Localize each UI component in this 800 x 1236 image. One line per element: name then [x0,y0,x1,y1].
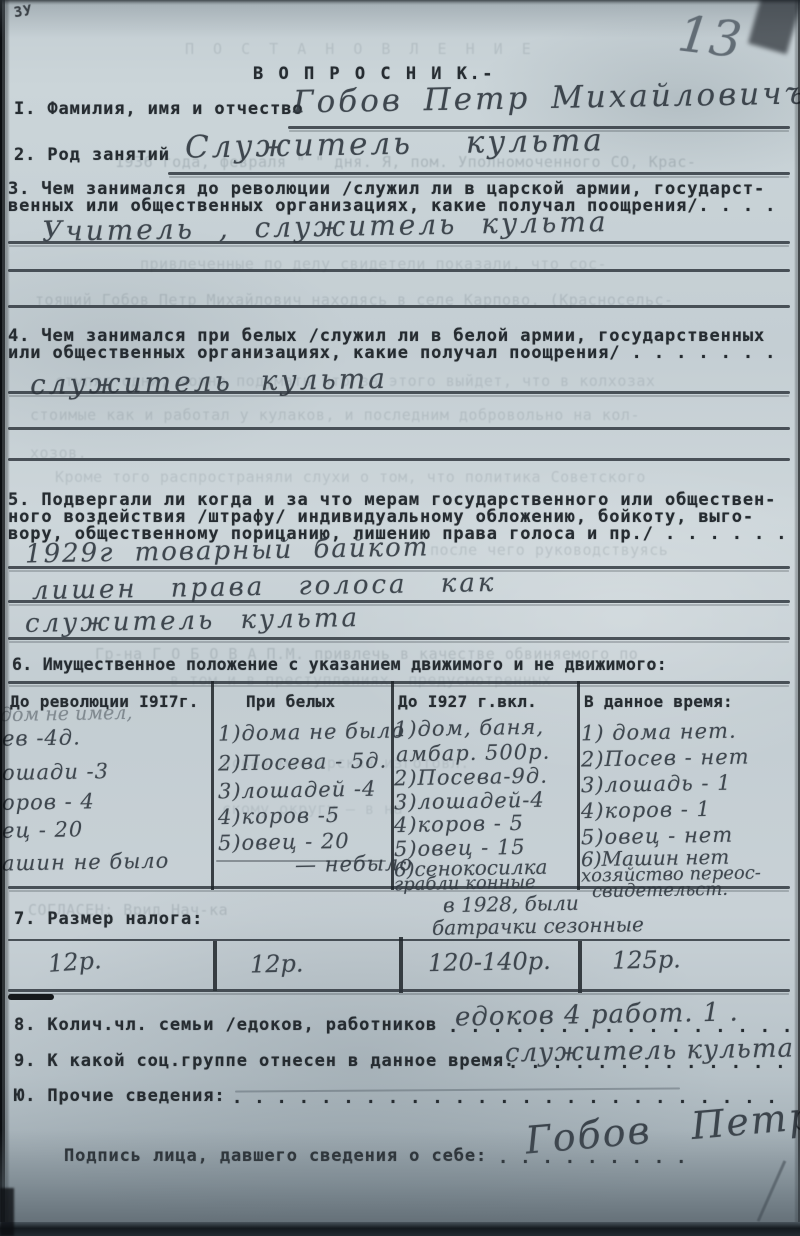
table-cell: 4)коров - 5 [394,811,524,837]
tax-row-tick [213,941,217,991]
question-8-label: 8. Колич.чл. семьи /едоков, работников [14,1017,437,1034]
ruled-line [8,269,790,272]
tax-value-currently: 125р. [612,945,681,974]
table-cell: 4)коров -5 [218,803,341,829]
strikethrough-line [216,860,386,862]
table-cell: оров - 4 [2,789,95,815]
pen-stroke [757,1160,786,1221]
table-cell-overflow: батрачки сезонные [432,912,644,940]
scan-corner-bottom-left [0,1188,14,1236]
table-column-line [211,681,214,890]
tax-value-before-1917: 12р. [47,946,102,978]
table-cell: 3)лошадей -4 [218,777,377,804]
table-cell: ошади -3 [2,759,109,785]
ruled-line [8,637,790,640]
question-1-answer: Гобов Петр Михайловичъ [293,76,800,121]
scan-edge-right [794,0,800,1236]
table-header-under-whites: При белых [246,693,335,710]
ghost-line: стоимые как и работал у кулаков, и после… [30,406,640,424]
table-header-currently: В данное время: [584,693,733,710]
question-1-label: I. Фамилия, имя и отчество [14,101,304,118]
table-cell: дом не имел, [0,702,133,726]
scan-edge-top [0,0,800,5]
scan-corner-top-right [748,0,800,54]
tax-row-tick [578,941,582,993]
question-5-answer-line3: служитель культа [25,603,360,639]
question-7-label: 7. Размер налога: [14,911,203,928]
table-cell: ев -4д. [2,725,81,750]
ghost-line: П О С Т А Н О В Л Е Н И Е [185,40,536,58]
scanned-questionnaire-page: П О С Т А Н О В Л Е Н И Е 1936 года, фев… [0,0,800,1236]
pencil-page-number: 13 [675,4,745,69]
question-8-answer: едоков 4 работ. 1 . [455,998,739,1033]
question-6-label: 6. Имущественное положение с указанием д… [12,656,667,673]
table-cell: свидетельст. [592,879,728,902]
question-4-line2: или общественных организациях, какие пол… [8,345,776,362]
table-cell: ашин не было [2,849,170,876]
question-10-label: Ю. Прочие сведения: [14,1088,226,1105]
ink-dash [8,994,54,1000]
ruled-line [8,391,790,394]
table-cell: 1) дома нет. [581,719,737,746]
signature-label: Подпись лица, давшего сведения о себе: [64,1148,487,1165]
scan-edge-bottom-band [0,1222,800,1236]
ruled-line [8,458,790,461]
question-4-answer: служитель культа [30,362,389,401]
question-9-label: 9. К какой соц.группе отнесен в данное в… [14,1053,515,1070]
ghost-line: Кроме того распространяли слухи о том, ч… [55,468,646,486]
table-cell: 2)Посева-9д. [394,764,548,791]
table-column-line [577,681,580,890]
question-2-answer: Служитель культа [185,122,605,165]
tax-value-until-1927: 120-140р. [428,947,551,977]
table-cell: 1)дом, баня, [394,715,544,742]
table-cell: амбар. 500р. [396,740,551,767]
table-header-until-1927: До I927 г.вкл. [398,693,537,710]
answer-underline [168,172,790,175]
corner-scribble-mark: ЗУ [13,3,34,22]
question-5-answer-line1: 1929г товарный байкот [25,532,430,569]
table-cell: 5)овец - 20 [218,829,350,855]
form-title: В О П Р О С Н И К.- [253,66,495,83]
ruled-line [8,566,790,569]
ruled-line [8,241,790,244]
table-cell: 2)Посев - нет [581,745,750,772]
table-cell: 1)дома не было [218,718,405,745]
table-cell: 2)Посева - 5д. [218,749,388,776]
table-cell: ец - 20 [2,817,84,842]
ruled-line [8,305,790,308]
tax-row-bottom-line [8,989,790,992]
table-top-border [8,681,790,684]
table-cell: 3)лошадь - 1 [581,771,732,798]
table-cell: 4)коров - 1 [581,797,711,823]
question-2-label: 2. Род занятий [14,147,170,164]
question-9-answer: служитель культа [505,1033,794,1068]
ruled-line [8,600,790,603]
ruled-line [8,427,790,430]
tax-value-under-whites: 12р. [250,950,304,979]
tax-row-tick [399,937,403,993]
